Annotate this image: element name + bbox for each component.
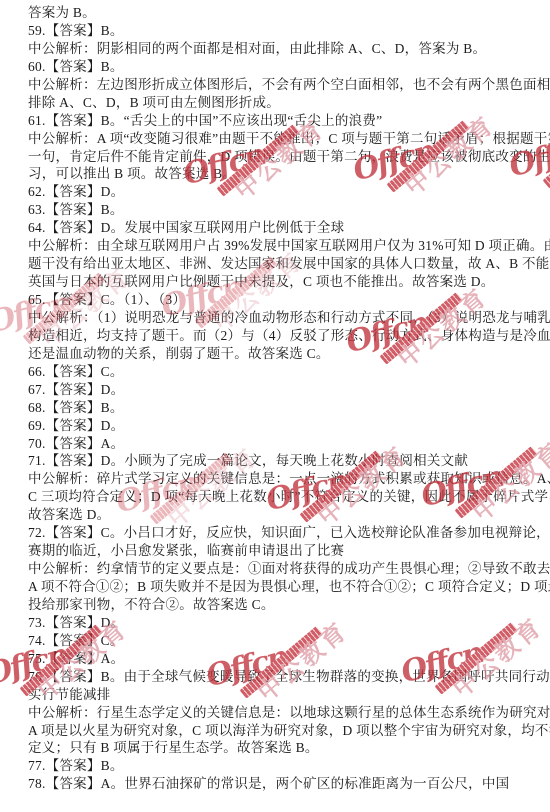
text-line: A 项是以火星为研究对象，C 项以海洋为研究对象，D 项以整个宇宙为研究对象，均… (28, 722, 528, 740)
text-line: 答案为 B。 (28, 4, 528, 22)
answer-line: 68.【答案】B。 (28, 399, 528, 417)
text-line: 英国与日本的互联网用户比例题干中未提及，C 项也不能推出。故答案选 D。 (28, 273, 528, 291)
answer-line: 64.【答案】D。发展中国家互联网用户比例低于全球 (28, 219, 528, 237)
text-line: 定义；只有 B 项属于行星生态学。故答案选 B。 (28, 739, 528, 757)
answer-line: 65.【答案】C。（1）、（3） (28, 291, 528, 309)
analysis-line: 中公解析：（1）说明恐龙与普通的冷血动物形态和行动方式不同，（3）说明恐龙与哺乳… (28, 309, 528, 327)
answer-line: 72.【答案】C。小吕口才好，反应快，知识面广，已入选校辩论队准备参加电视辩论，… (28, 524, 528, 542)
text-line: 排除 A、C、D，B 项可由左侧图形折成。 (28, 94, 528, 112)
analysis-line: 中公解析：A 项“改变随习很难”由题干不能推出；C 项与题干第二句话矛盾；根据题… (28, 130, 528, 148)
answer-line: 70.【答案】A。 (28, 435, 528, 453)
text-line: 投给那家刊物，不符合②。故答案选 C。 (28, 596, 528, 614)
answer-line: 76.【答案】B。由于全球气候变暖导致了全球生物群落的变换，世界各国呼吁共同行动… (28, 668, 528, 686)
text-line: 实行节能减排 (28, 686, 528, 704)
document-text-block: 答案为 B。59.【答案】B。中公解析：阴影相同的两个面都是相对面，由此排除 A… (28, 4, 528, 793)
answer-line: 59.【答案】B。 (28, 22, 528, 40)
answer-line: 78.【答案】A。世界石油探矿的常识是，两个矿区的标准距离为一百公尺，中国 (28, 775, 528, 793)
text-line: 还是温血动物的关系，削弱了题干。故答案选 C。 (28, 345, 528, 363)
text-line: 习，可以推出 B 项。故答案选 B。 (28, 165, 528, 183)
answer-line: 63.【答案】B。 (28, 201, 528, 219)
answer-line: 67.【答案】D。 (28, 381, 528, 399)
answer-line: 60.【答案】B。 (28, 58, 528, 76)
analysis-line: 中公解析：阴影相同的两个面都是相对面，由此排除 A、C、D，答案为 B。 (28, 40, 528, 58)
analysis-line: 中公解析：左边图形折成立体图形后，不会有两个空白面相邻，也不会有两个黑色面相邻， (28, 76, 528, 94)
answer-line: 62.【答案】D。 (28, 183, 528, 201)
analysis-line: 中公解析：行星生态学定义的关键信息是：以地球这颗行星的总体生态系统作为研究对象。 (28, 704, 528, 722)
answer-line: 73.【答案】D。 (28, 614, 528, 632)
text-line: 构造相近，均支持了题干。而（2）与（4）反驳了形态、行动方式、身体构造与是冷血动… (28, 327, 528, 345)
answer-key-document-page: 答案为 B。59.【答案】B。中公解析：阴影相同的两个面都是相对面，由此排除 A… (0, 0, 550, 812)
answer-line: 69.【答案】D。 (28, 417, 528, 435)
text-line: 题干没有给出亚太地区、非洲、发达国家和发展中国家的具体人口数量，故 A、B 不能… (28, 255, 528, 273)
analysis-line: 中公解析：由全球互联网用户占 39%发展中国家互联网用户仅为 31%可知 D 项… (28, 237, 528, 255)
text-line: A 项不符合①②；B 项失败并不是因为畏惧心理，也不符合①②；C 项符合定义；D… (28, 578, 528, 596)
text-line: 赛期的临近，小吕愈发紧张，临赛前申请退出了比赛 (28, 542, 528, 560)
answer-line: 61.【答案】B。“舌尖上的中国”不应该出现“舌尖上的浪费” (28, 112, 528, 130)
text-line: 故答案选 D。 (28, 506, 528, 524)
text-line: 一句，肯定后件不能肯定前件，D 项错误。由题干第二句，浪费是应该被彻底改变的生活… (28, 148, 528, 166)
analysis-line: 中公解析：碎片式学习定义的关键信息是：一点一滴的方式积累或获取知识或信息。A、B… (28, 470, 528, 488)
analysis-line: 中公解析：约拿情节的定义要点是：①面对将获得的成功产生畏惧心理；②导致不敢去做。 (28, 560, 528, 578)
answer-line: 74.【答案】C。 (28, 632, 528, 650)
answer-line: 75.【答案】A。 (28, 650, 528, 668)
answer-line: 77.【答案】B。 (28, 757, 528, 775)
answer-line: 66.【答案】C。 (28, 363, 528, 381)
text-line: C 三项均符合定义；D 项“每天晚上花数小时”不符合定义的关键，因此不属于碎片式… (28, 488, 528, 506)
answer-line: 71.【答案】D。小顾为了完成一篇论文，每天晚上花数小时查阅相关文献 (28, 452, 528, 470)
